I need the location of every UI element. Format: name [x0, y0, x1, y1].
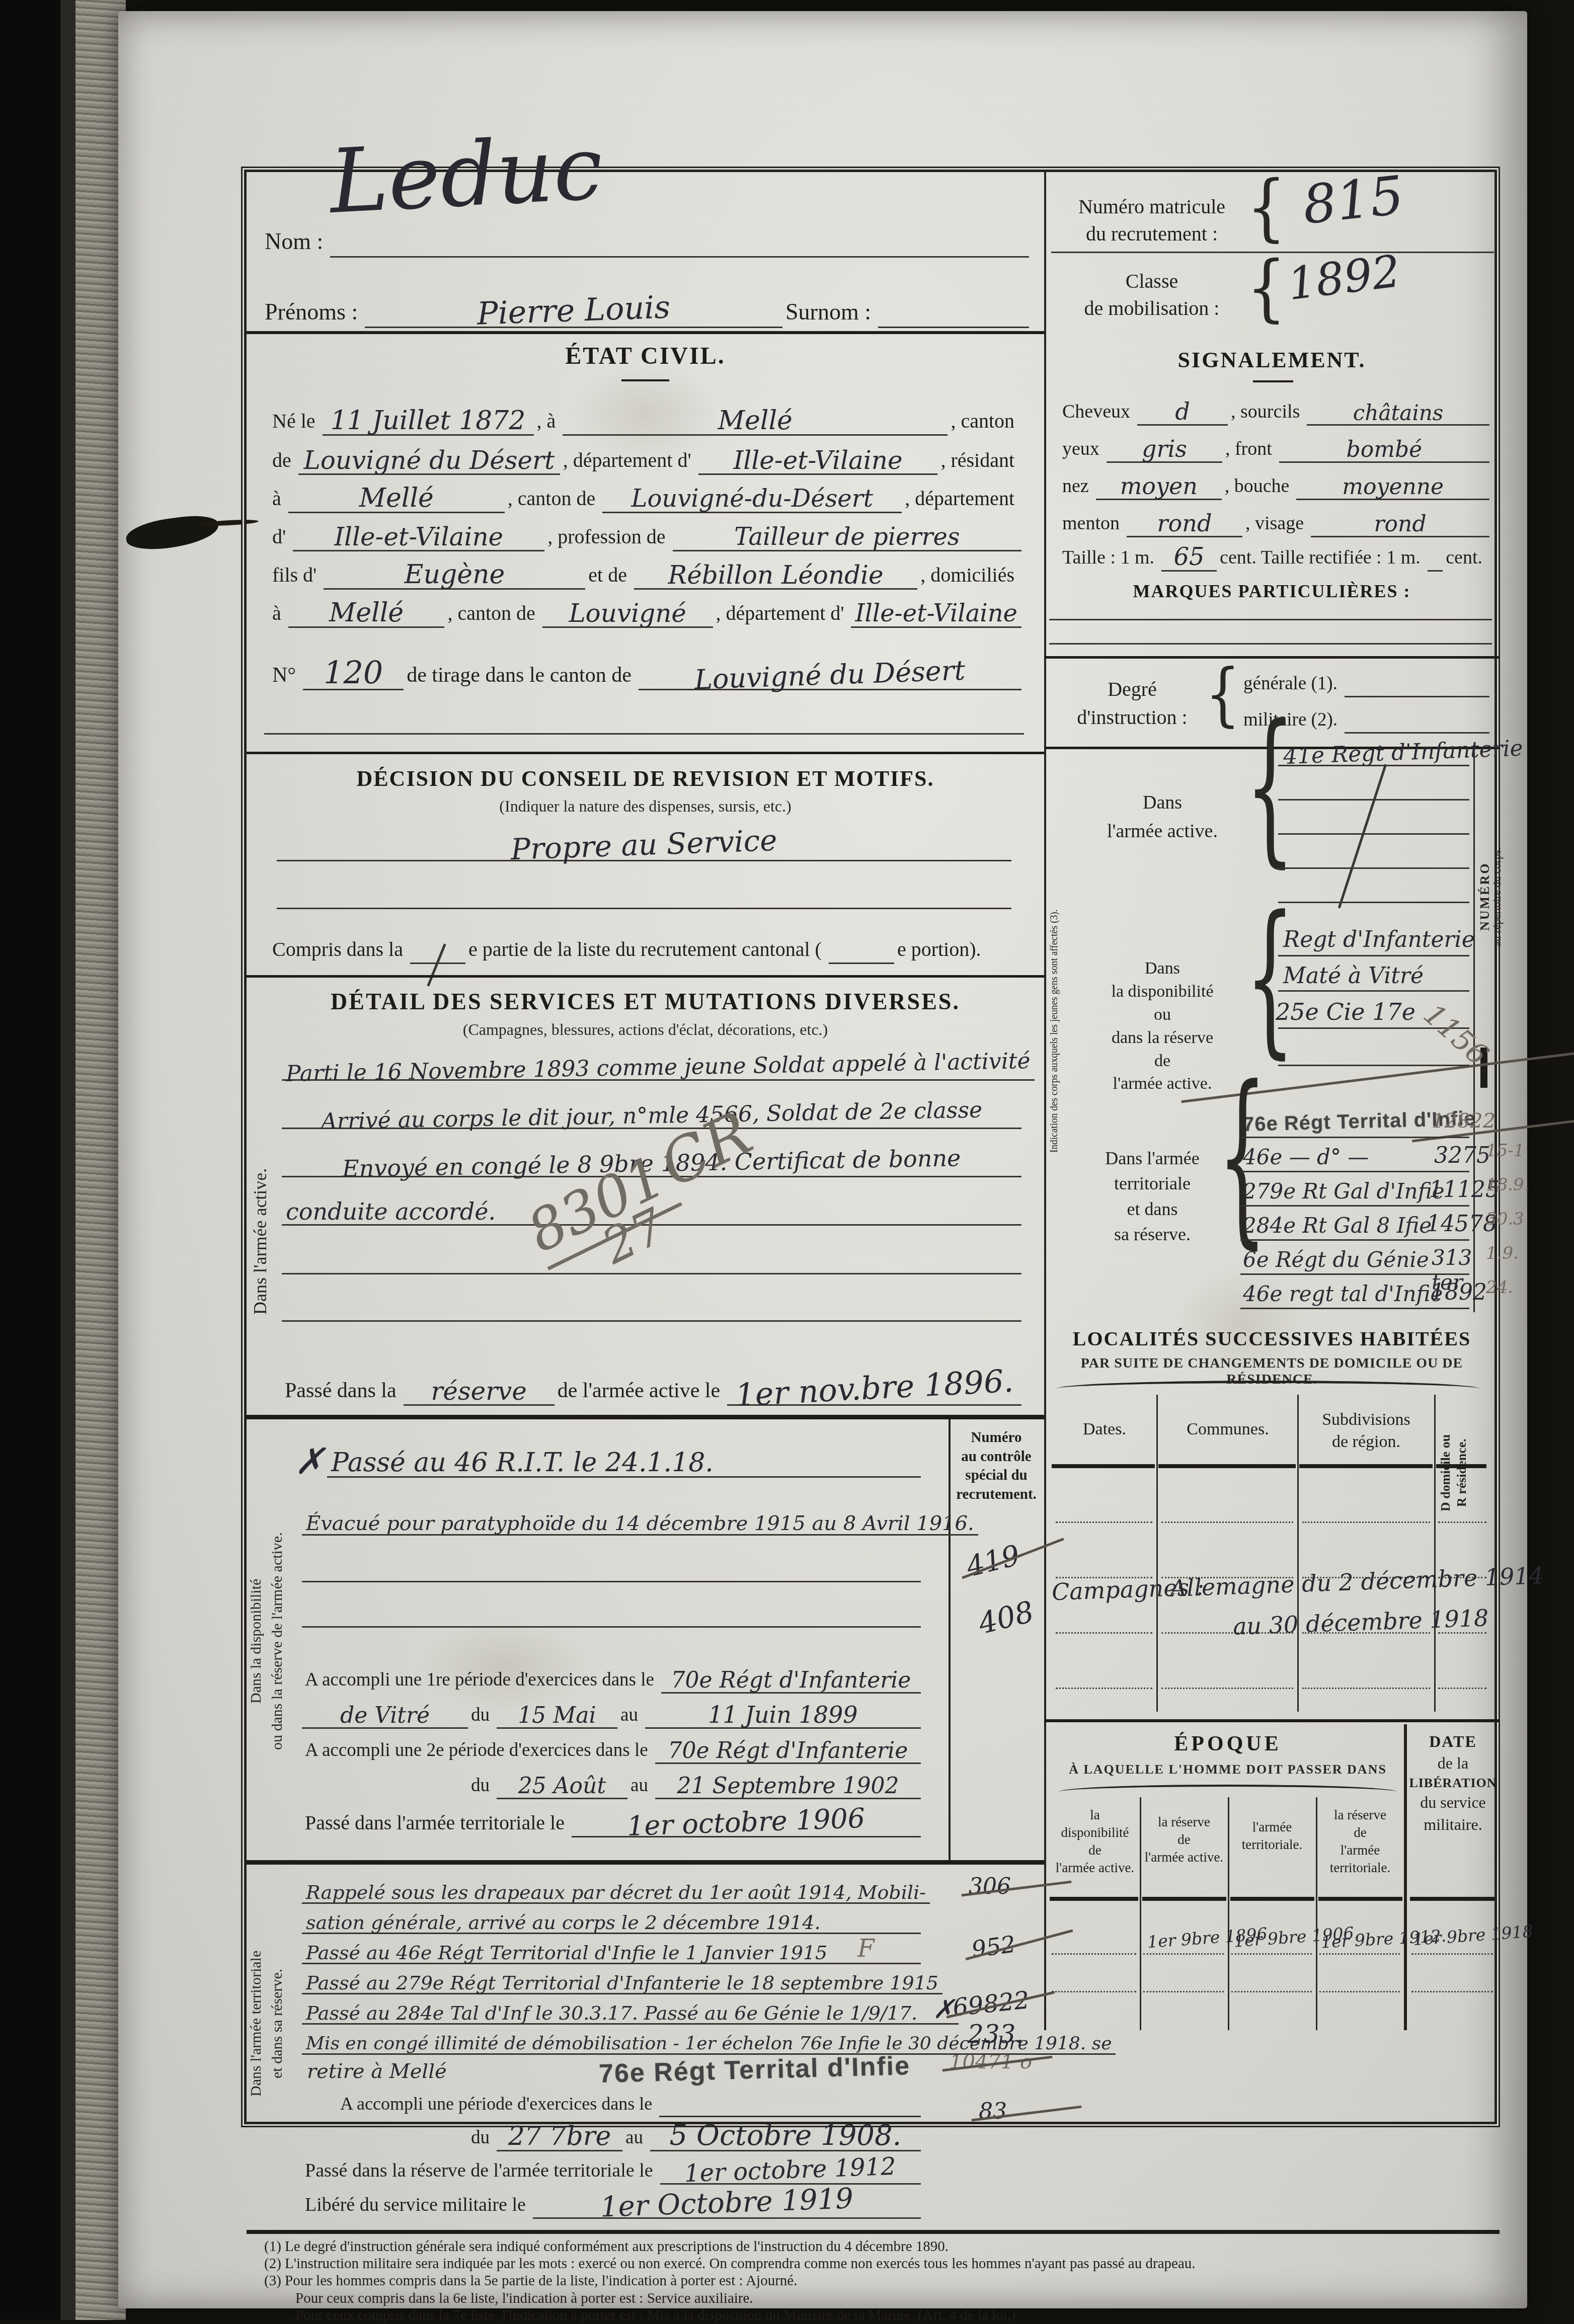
sourcils-label: , sourcils — [1228, 400, 1307, 426]
du-label: du — [468, 1704, 497, 1729]
a-label: , à — [534, 409, 563, 436]
departement-label: , département d' — [560, 448, 698, 475]
epoque-row — [1052, 1953, 1136, 1955]
departement2-label: , département — [902, 487, 1021, 513]
title-dash — [1253, 380, 1293, 382]
footnotes: (1) Le degré d'instruction générale sera… — [264, 2238, 1487, 2320]
bouche-field: moyenne — [1296, 476, 1489, 500]
corps-active-label: Dansl'armée active. — [1082, 788, 1243, 846]
terr-row-1-name: 46e — d° — — [1243, 1145, 1369, 1169]
taille-rectifiee-field — [1428, 570, 1443, 572]
corps-terr-rows: 76e Régt Territal d'Infie 12822 46e — d°… — [1240, 1105, 1500, 1317]
localites-header-rule-d — [1436, 1464, 1486, 1468]
canton-de2-label: , canton de — [444, 601, 542, 628]
conseil-subtitle: (Indiquer la nature des dispenses, sursi… — [247, 797, 1044, 816]
classe-label: Classede mobilisation : — [1059, 268, 1245, 322]
x-mark: ✗ — [932, 1997, 955, 2023]
tirage-canton-field: Louvigné du Désert — [639, 662, 1021, 690]
libere-label: Libéré du service militaire le — [302, 2194, 533, 2219]
loc-row — [1438, 1521, 1486, 1523]
birth-date-field: 11 Juillet 1872 — [323, 409, 534, 436]
services-line-1: Parti le 16 Novembre 1893 comme jeune So… — [282, 1057, 1035, 1081]
services-subtitle: (Campagnes, blessures, actions d'éclat, … — [247, 1020, 1044, 1039]
loc-row — [1161, 1521, 1293, 1523]
footnote-3: (3) Pour les hommes compris dans la 5e p… — [264, 2272, 1487, 2289]
parents-departement-field: Ille-et-Vilaine — [851, 602, 1021, 628]
tirage-no-label: N° — [269, 663, 303, 690]
terr-line-6: Mis en congé illimité de démobilisation … — [302, 2035, 1116, 2055]
departement3-label: , département d' — [713, 601, 851, 628]
loc-row — [1056, 1632, 1152, 1634]
localites-vline-1 — [1156, 1395, 1158, 1712]
compris-partie-field — [410, 963, 465, 964]
taille-label: Taille : 1 m. — [1059, 546, 1161, 572]
terr-reserve-label: Passé dans la réserve de l'armée territo… — [302, 2159, 660, 2185]
corps-dispo-value-2: Maté à Vitré — [1283, 963, 1424, 989]
terr-line-1: Rappelé sous les drapeaux par décret du … — [302, 1883, 930, 1904]
dispo-line-1: Passé au 46 R.I.T. le 24.1.18. — [327, 1451, 921, 1478]
parents-residence-field: Mellé — [288, 601, 445, 628]
degre-generale-field — [1345, 696, 1489, 697]
periode1-regiment-field: 70e Régt d'Infanterie — [661, 1670, 921, 1694]
passe-territoriale-field: 1er octobre 1906 — [572, 1809, 921, 1837]
dispo-line-2: Évacué pour paratyphoïde du 14 décembre … — [302, 1514, 978, 1536]
de-label: de — [269, 448, 298, 475]
localites-header-rule-c — [1299, 1464, 1433, 1468]
father-field: Eugène — [324, 563, 585, 590]
residence-canton-field: Louvigné-du-Désert — [602, 488, 902, 513]
classe-value: 1892 — [1285, 245, 1403, 310]
corps-dispo-rule-1 — [1278, 955, 1469, 956]
terr-row-1-num: 3275 — [1434, 1143, 1490, 1168]
periode2-regiment-field: 70e Régt d'Infanterie — [655, 1740, 921, 1764]
blank-rule — [277, 908, 1011, 909]
residence-departement-field: Ille-et-Vilaine — [293, 525, 544, 552]
periode2-label: A accompli une 2e période d'exercices da… — [302, 1739, 655, 1764]
profession-label: , profession de — [544, 525, 672, 551]
section-rule-heavy — [247, 1860, 1044, 1865]
cheveux-label: Cheveux — [1059, 400, 1137, 426]
header-rule — [247, 331, 1044, 334]
controle-number: 408 — [975, 1594, 1037, 1641]
regiment-stamp: 76e Régt Territal d'Infie — [598, 2051, 910, 2089]
terr-row-1-margin: 15-1 — [1486, 1141, 1524, 1161]
periode2-from-field: 25 Août — [497, 1776, 627, 1799]
epoque-row — [1231, 1991, 1312, 1992]
terr-row-2-margin: 18.9. — [1486, 1175, 1530, 1195]
signalement-title: SIGNALEMENT. — [1044, 347, 1500, 373]
localites-table: Dates. Communes. Subdivisionsde région. … — [1052, 1390, 1492, 1712]
cent-label: cent. — [1443, 546, 1489, 572]
services-line-2: Arrivé au corps le dit jour, n°mle 4566,… — [282, 1105, 1021, 1129]
ink-blot — [124, 513, 220, 553]
epoque-date-divider — [1404, 1724, 1407, 2030]
corps-active-rule-1 — [1278, 765, 1469, 766]
footnote-5: Pour ceux compris dans la 7e liste, l'in… — [264, 2307, 1487, 2320]
epoque-title: ÉPOQUE — [1052, 1732, 1404, 1756]
sourcils-field: châtains — [1307, 403, 1489, 426]
surnom-label: Surnom : — [782, 298, 878, 328]
epoque-row — [1411, 1991, 1493, 1992]
corps-dispo-value-1: Regt d'Infanterie — [1283, 927, 1475, 952]
corps-side-label: Indication des corps auxquels les jeunes… — [1048, 773, 1060, 1290]
passe-territoriale-label: Passé dans l'armée territoriale le — [302, 1811, 572, 1837]
loc-row — [1161, 1688, 1293, 1689]
periode1-label: A accompli une 1re période d'exercices d… — [302, 1669, 661, 1694]
epoque-row — [1319, 1953, 1400, 1955]
epoque-header-rule-1 — [1050, 1897, 1138, 1901]
margin-x-mark: ✗ — [294, 1440, 325, 1482]
cheveux-field: d — [1137, 401, 1228, 426]
fils-de-label: fils d' — [269, 563, 324, 590]
localites-title: LOCALITÉS SUCCESSIVES HABITÉES — [1044, 1327, 1500, 1350]
terr-line-7: retire à Mellé — [307, 2060, 447, 2083]
compris-portion-field — [829, 963, 894, 964]
epoque-value-liberation: 1er 9bre 1918 — [1412, 1921, 1534, 1950]
terr-num-2: 69822 — [952, 1984, 1050, 2022]
conseil-title: DÉCISION DU CONSEIL DE REVISION ET MOTIF… — [247, 766, 1044, 791]
controle-header: Numéroau contrôlespécial durecrutement. — [951, 1428, 1042, 1504]
loc-row — [1302, 1688, 1430, 1689]
armee-active-side-label: Dans l'armée active. — [250, 1027, 271, 1455]
matricule-brace: { — [1246, 172, 1287, 244]
corps-dispo-rule-2 — [1278, 990, 1469, 992]
epoque-subtitle: À LAQUELLE L'HOMME DOIT PASSER DANS — [1052, 1762, 1404, 1777]
tirage-number-field: 120 — [303, 658, 404, 690]
terr-periode-to: 5 Octobre 1908. — [650, 2122, 921, 2151]
au-label: au — [627, 1775, 655, 1799]
decision-field: Propre au Service — [277, 831, 1011, 861]
col-dr-2: R résidence. — [1454, 1390, 1469, 1556]
blank-rule — [264, 733, 1024, 735]
blank-rule — [1049, 619, 1492, 620]
corps-terr-label: Dans l'arméeterritorialeet danssa réserv… — [1077, 1146, 1228, 1247]
loc-row — [1056, 1688, 1152, 1689]
domicilies-label: , domiciliés — [917, 563, 1021, 590]
du-label: du — [468, 1775, 497, 1799]
residant-label: , résidant — [937, 448, 1021, 475]
dispo-side-label-1: Dans la disponibilité — [248, 1440, 265, 1842]
yeux-label: yeux — [1059, 438, 1107, 463]
residence-field: Mellé — [288, 486, 505, 513]
corps-active-rule-4 — [1278, 867, 1469, 869]
terr-row-2-name: 279e Rt Gal d'Infie — [1243, 1179, 1445, 1204]
localites-header-rule-b — [1158, 1464, 1296, 1468]
marques-title: MARQUES PARTICULIÈRES : — [1044, 581, 1500, 602]
visage-field: rond — [1311, 514, 1489, 537]
col-subdivisions: Subdivisionsde région. — [1298, 1409, 1434, 1453]
birth-canton-field: Louvigné du Désert — [298, 449, 560, 475]
compris-label-3: e portion). — [894, 937, 988, 964]
corps-active-rule-5 — [1278, 902, 1469, 903]
col-dr-1: D domicile ou — [1438, 1390, 1453, 1556]
terr-side-label-2: et dans sa réserve. — [269, 1883, 286, 2165]
dispo-side-label-2: ou dans la réserve de l'armée active. — [269, 1440, 286, 1842]
au-label: au — [622, 2127, 650, 2151]
col-communes: Communes. — [1157, 1420, 1298, 1439]
menton-label: menton — [1059, 512, 1127, 537]
passe-reserve-label-2: de l'armée active le — [555, 1379, 728, 1406]
loc-row — [1438, 1688, 1486, 1689]
et-de-label: et de — [585, 563, 634, 590]
surnom-field — [878, 326, 1029, 328]
blank-rule — [282, 1273, 1021, 1274]
section-rule — [247, 975, 1044, 978]
profession-field: Tailleur de pierres — [673, 526, 1021, 551]
terr-row-3-margin: 30.3 — [1486, 1209, 1524, 1229]
title-dash — [621, 379, 669, 381]
epoque-col-4: la réservedel'arméeterritoriale. — [1317, 1806, 1403, 1877]
libere-field: 1er Octobre 1919 — [533, 2190, 921, 2219]
blank-rule — [302, 1581, 921, 1582]
epoque-header-rule-2 — [1142, 1897, 1226, 1901]
epoque-row — [1411, 1953, 1493, 1955]
d-label: d' — [269, 525, 293, 551]
nom-label: Nom : — [262, 228, 330, 258]
yeux-field: gris — [1107, 438, 1222, 463]
terr-row-5-name: 46e regt tal d'Infie — [1243, 1281, 1443, 1306]
prenoms-label: Prénoms : — [262, 298, 365, 328]
nez-field: moyen — [1096, 475, 1222, 500]
degre-militaire-field — [1345, 732, 1489, 734]
periode2-to-field: 21 Septembre 1902 — [655, 1776, 921, 1799]
passe-reserve-field-2: 1er nov.bre 1896. — [727, 1374, 1021, 1406]
epoque-header-rule-3 — [1230, 1897, 1314, 1901]
blank-rule — [282, 1320, 1021, 1322]
epoque-col-1: ladisponibilitédel'armée active. — [1052, 1806, 1138, 1877]
degre-label: Degréd'instruction : — [1062, 675, 1203, 732]
epoque-row — [1143, 1953, 1224, 1955]
localites-vline-3 — [1434, 1395, 1436, 1712]
compris-label-1: Compris dans la — [269, 937, 410, 964]
blank-rule — [1049, 643, 1492, 645]
a2-label: à — [269, 487, 288, 513]
terr-line-2: sation générale, arrivé au corps le 2 dé… — [302, 1913, 921, 1934]
terr-side-label-1: Dans l'armée territoriale — [248, 1883, 265, 2165]
localites-header-rule-a — [1052, 1464, 1155, 1468]
loc-row — [1302, 1521, 1430, 1523]
ne-le-label: Né le — [269, 409, 323, 436]
compris-label-2: e partie de la liste du recrutement cant… — [465, 937, 829, 964]
corps-active-brace: { — [1245, 703, 1295, 869]
terr-periode-from: 27 7bre — [497, 2124, 622, 2151]
footnote-4: Pour ceux compris dans la 6e liste, l'in… — [264, 2290, 1487, 2307]
terr-num-1: 952 — [970, 1923, 1068, 1963]
periode1-to-field: 11 Juin 1899 — [645, 1704, 921, 1729]
epoque-row — [1143, 1991, 1224, 1992]
nom-field — [330, 255, 1029, 258]
form-frame: Leduc Nom : Prénoms : Pierre Louis Surno… — [244, 170, 1497, 2124]
blank-rule — [302, 1626, 921, 1628]
matricule-label: Numéro matriculedu recrutement : — [1059, 193, 1245, 248]
epoque-row — [1319, 1991, 1400, 1992]
prenoms-field: Pierre Louis — [365, 296, 782, 328]
epoque-header-rule-4 — [1318, 1897, 1402, 1901]
book-page-stack — [0, 0, 126, 2320]
taille-field: 65 — [1161, 546, 1217, 572]
footnotes-rule — [247, 2230, 1500, 2234]
terr-row-5-num: 1892 — [1431, 1279, 1487, 1305]
section-rule-heavy — [247, 1415, 1044, 1419]
date-liberation-header: DATE de la LIBÉRATION du service militai… — [1409, 1731, 1497, 1835]
localites-vline-2 — [1297, 1395, 1299, 1712]
menton-field: rond — [1127, 513, 1242, 537]
numero-repertoire-label-2: au répertoire du corps. — [1490, 756, 1504, 1037]
terr-row-4-margin: 1.9. — [1486, 1243, 1519, 1263]
loc-row — [1056, 1521, 1152, 1523]
terr-num-0: 306 — [969, 1874, 1064, 1899]
terr-row-3-name: 284e Rt Gal 8 Ifie — [1243, 1213, 1432, 1238]
au-label: au — [617, 1704, 645, 1729]
terr-periode-label: A accompli une période d'exercices dans … — [337, 2093, 659, 2117]
section-rule — [247, 752, 1044, 754]
taille-rectifiee-label: cent. Taille rectifiée : 1 m. — [1217, 546, 1428, 572]
degre-brace: { — [1205, 659, 1240, 729]
epoque-header-rule-5 — [1410, 1897, 1494, 1901]
pencil-registry-note: 8301CR 27 — [520, 1105, 777, 1296]
matricule-value: 815 — [1300, 165, 1406, 236]
col-dates: Dates. — [1052, 1420, 1157, 1439]
pen-slash — [1338, 764, 1387, 909]
du-label: du — [468, 2127, 497, 2151]
periode1-from-field: 15 Mai — [497, 1705, 617, 1729]
birth-departement-field: Ille-et-Vilaine — [698, 449, 938, 475]
footnote-1: (1) Le degré d'instruction générale sera… — [264, 2238, 1487, 2255]
footnote-2: (2) L'instruction militaire sera indiqué… — [264, 2255, 1487, 2272]
birth-place-field: Mellé — [563, 409, 948, 436]
terr-line-5: Passé au 284e Tal d'Inf le 30.3.17. Pass… — [302, 1997, 959, 2025]
periode1-place-field: de Vitré — [302, 1705, 468, 1729]
services-title: DÉTAIL DES SERVICES ET MUTATIONS DIVERSE… — [247, 988, 1044, 1015]
passe-reserve-field-1: réserve — [404, 1380, 555, 1406]
terr-row-5-margin: 24. — [1486, 1277, 1513, 1298]
canton-label: , canton — [948, 409, 1021, 436]
epoque-row — [1231, 1953, 1312, 1955]
register-page: Leduc Nom : Prénoms : Pierre Louis Surno… — [118, 11, 1527, 2308]
epoque-col-3: l'arméeterritoriale. — [1229, 1818, 1315, 1854]
tirage-text: de tirage dans le canton de — [404, 663, 639, 690]
terr-row-0-num: 12822 — [1432, 1109, 1574, 1133]
passe-reserve-label-1: Passé dans la — [282, 1379, 404, 1406]
terr-line-4: Passé au 279e Régt Territorial d'Infante… — [302, 1974, 942, 1994]
bouche-label: , bouche — [1222, 475, 1297, 500]
terr-controle-numbers: 306 952 69822 10471 o 83 233. — [949, 1865, 1044, 2031]
corps-active-rule-3 — [1278, 833, 1469, 835]
epoque-top-rule — [1044, 1719, 1500, 1722]
front-field: bombé — [1279, 439, 1489, 463]
surname-handwritten: Leduc — [327, 117, 605, 233]
pencil-f-mark: F — [857, 1935, 874, 1963]
visage-label: , visage — [1242, 512, 1311, 537]
mother-field: Rébillon Léondie — [634, 564, 917, 590]
terr-num-4: 83 — [979, 2099, 1074, 2124]
epoque-col-2: la réservedel'armée active. — [1141, 1813, 1227, 1866]
epoque-bracket — [1059, 1785, 1396, 1792]
parents-canton-field: Louvigné — [542, 602, 713, 628]
classe-brace: { — [1246, 252, 1287, 325]
corps-dispo-rule-4 — [1278, 1065, 1469, 1066]
terr-line-3: Passé au 46e Régt Territorial d'Infie le… — [302, 1935, 921, 1964]
section-rule — [1044, 656, 1500, 659]
canton-de-label: , canton de — [505, 487, 602, 513]
etat-civil-title: ÉTAT CIVIL. — [247, 342, 1044, 370]
nez-label: nez — [1059, 475, 1096, 500]
terr-periode-field — [659, 2116, 921, 2117]
controle-column: Numéroau contrôlespécial durecrutement. … — [949, 1419, 1044, 1862]
terr-row-4-name: 6e Régt du Génie — [1243, 1247, 1429, 1272]
controle-number-crossed: 419 — [963, 1529, 1062, 1583]
epoque-row — [1052, 1991, 1136, 1992]
terr-reserve-field: 1er octobre 1912 — [660, 2159, 921, 2185]
a3-label: à — [269, 601, 288, 628]
front-label: , front — [1222, 438, 1279, 463]
